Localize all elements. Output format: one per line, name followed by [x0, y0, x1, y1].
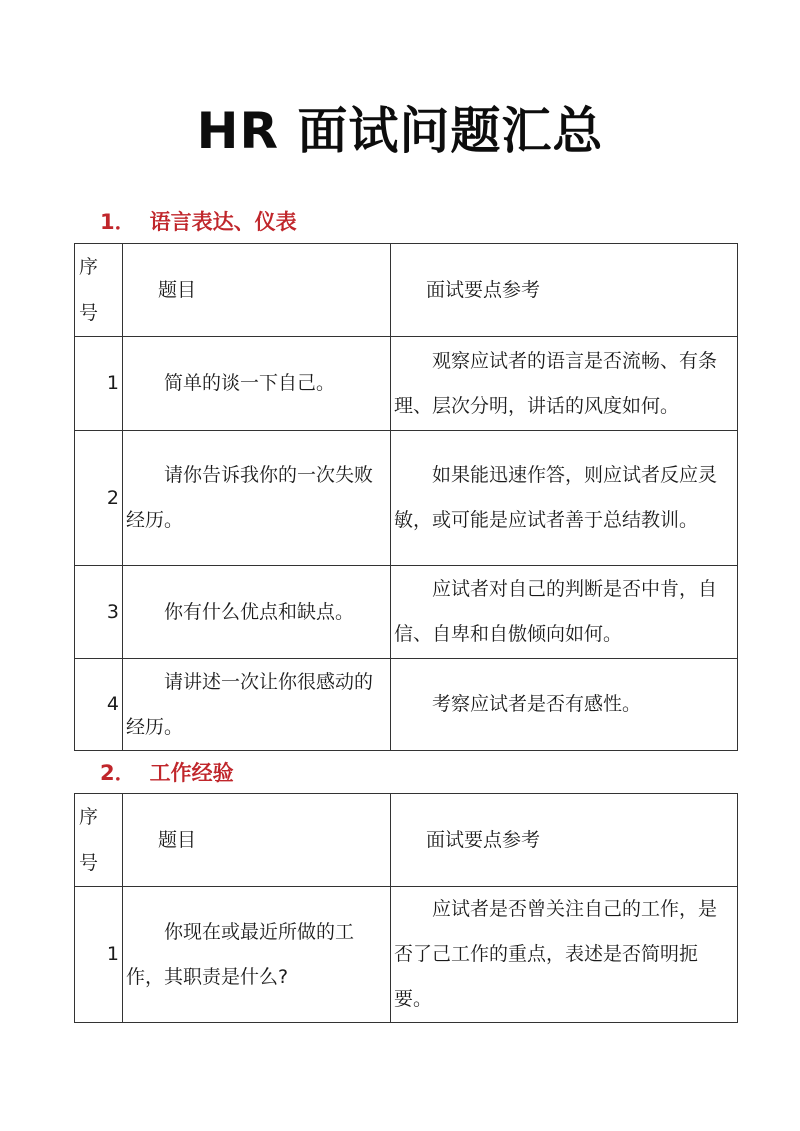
table-row: 2 请你告诉我你的一次失败经历。 如果能迅速作答，则应试者反应灵敏，或可能是应试… — [75, 431, 738, 566]
header-points: 面试要点参考 — [391, 244, 738, 337]
row-question: 你有什么优点和缺点。 — [123, 566, 391, 659]
row-question: 简单的谈一下自己。 — [123, 337, 391, 431]
document-title: HR 面试问题汇总 — [0, 96, 800, 166]
row-points: 应试者对自己的判断是否中肯，自信、自卑和自傲倾向如何。 — [391, 566, 738, 659]
interview-table-work-experience: 序号 题目 面试要点参考 1 你现在或最近所做的工作，其职责是什么? 应试者是否… — [74, 793, 738, 1023]
section-number: 1． — [100, 210, 136, 234]
table-row: 4 请讲述一次让你很感动的经历。 考察应试者是否有感性。 — [75, 659, 738, 751]
row-number: 2 — [75, 431, 123, 566]
row-number: 1 — [75, 337, 123, 431]
table-row: 1 简单的谈一下自己。 观察应试者的语言是否流畅、有条理、层次分明，讲话的风度如… — [75, 337, 738, 431]
row-points: 观察应试者的语言是否流畅、有条理、层次分明，讲话的风度如何。 — [391, 337, 738, 431]
table-row: 1 你现在或最近所做的工作，其职责是什么? 应试者是否曾关注自己的工作，是否了己… — [75, 887, 738, 1023]
row-number: 1 — [75, 887, 123, 1023]
header-number: 序号 — [75, 794, 123, 887]
table-row: 3 你有什么优点和缺点。 应试者对自己的判断是否中肯，自信、自卑和自傲倾向如何。 — [75, 566, 738, 659]
header-number: 序号 — [75, 244, 123, 337]
row-question: 你现在或最近所做的工作，其职责是什么? — [123, 887, 391, 1023]
header-points: 面试要点参考 — [391, 794, 738, 887]
section-title: 语言表达、仪表 — [150, 210, 297, 234]
row-points: 如果能迅速作答，则应试者反应灵敏，或可能是应试者善于总结教训。 — [391, 431, 738, 566]
row-question: 请讲述一次让你很感动的经历。 — [123, 659, 391, 751]
section-number: 2． — [100, 761, 136, 785]
row-points: 考察应试者是否有感性。 — [391, 659, 738, 751]
row-number: 4 — [75, 659, 123, 751]
row-number: 3 — [75, 566, 123, 659]
header-question: 题目 — [123, 794, 391, 887]
header-question: 题目 — [123, 244, 391, 337]
row-question: 请你告诉我你的一次失败经历。 — [123, 431, 391, 566]
section-title: 工作经验 — [150, 761, 234, 785]
section-heading-2: 2．工作经验 — [100, 759, 234, 787]
interview-table-language: 序号 题目 面试要点参考 1 简单的谈一下自己。 观察应试者的语言是否流畅、有条… — [74, 243, 738, 751]
row-points: 应试者是否曾关注自己的工作，是否了己工作的重点，表述是否简明扼要。 — [391, 887, 738, 1023]
table-header-row: 序号 题目 面试要点参考 — [75, 244, 738, 337]
section-heading-1: 1．语言表达、仪表 — [100, 208, 297, 236]
table-header-row: 序号 题目 面试要点参考 — [75, 794, 738, 887]
